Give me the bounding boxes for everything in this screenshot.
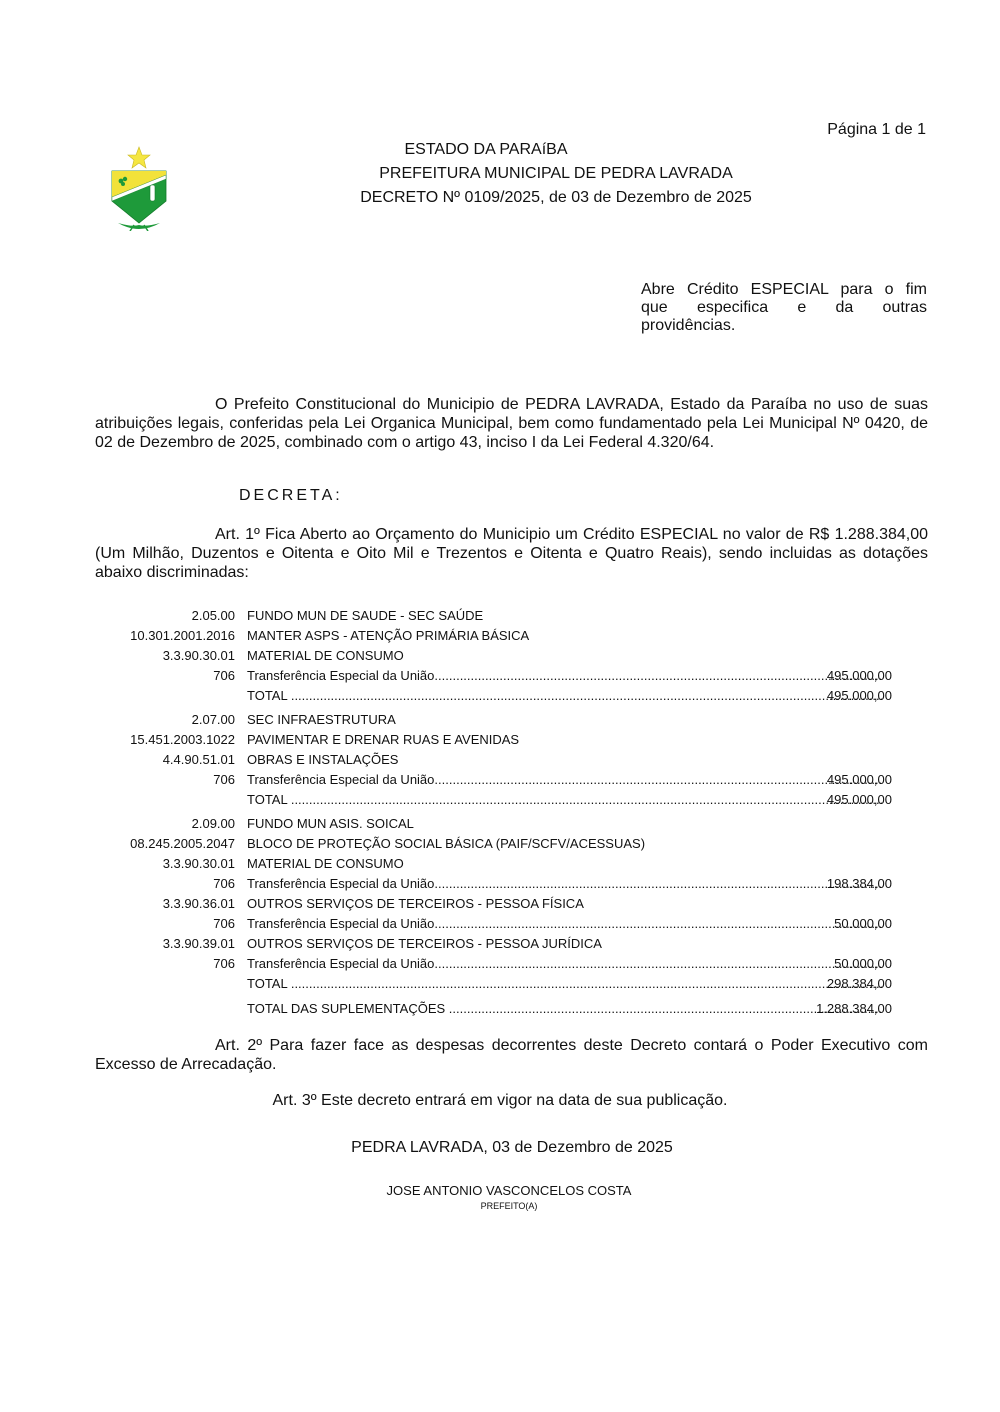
allocation-description: Transferência Especial da União.........… [247, 770, 883, 790]
allocation-value: 495.000,00 [827, 686, 892, 706]
allocation-heading: 10.301.2001.2016MANTER ASPS - ATENÇÃO PR… [95, 626, 915, 646]
allocation-value: 198.384,00 [827, 874, 892, 894]
allocation-description: MATERIAL DE CONSUMO [247, 854, 404, 874]
article-1: Art. 1º Fica Aberto ao Orçamento do Muni… [95, 525, 928, 582]
article-3: Art. 3º Este decreto entrará em vigor na… [0, 1092, 1000, 1110]
allocation-value: 495.000,00 [827, 666, 892, 686]
allocation-code: 3.3.90.39.01 [163, 934, 235, 954]
allocation-heading: 08.245.2005.2047BLOCO DE PROTEÇÃO SOCIAL… [95, 834, 915, 854]
allocation-code: 2.05.00 [192, 606, 235, 626]
allocation-description: Transferência Especial da União.........… [247, 666, 883, 686]
allocation-code: 15.451.2003.1022 [130, 730, 235, 750]
allocation-description: OUTROS SERVIÇOS DE TERCEIROS - PESSOA JU… [247, 934, 602, 954]
allocation-value: 298.384,00 [827, 974, 892, 994]
allocation-description: FUNDO MUN DE SAUDE - SEC SAÚDE [247, 606, 483, 626]
allocation-description: Transferência Especial da União.........… [247, 914, 883, 934]
allocation-description: OUTROS SERVIÇOS DE TERCEIROS - PESSOA FÍ… [247, 894, 584, 914]
allocation-heading: 3.3.90.30.01MATERIAL DE CONSUMO [95, 646, 915, 666]
allocation-code: 706 [213, 914, 235, 934]
signer-name: JOSE ANTONIO VASCONCELOS COSTA [0, 1183, 1000, 1198]
allocation-line: 706Transferência Especial da União......… [95, 770, 915, 790]
allocation-heading: 2.05.00FUNDO MUN DE SAUDE - SEC SAÚDE [95, 606, 915, 626]
allocation-code: 08.245.2005.2047 [130, 834, 235, 854]
allocation-description: Transferência Especial da União.........… [247, 954, 883, 974]
allocation-value: 50.000,00 [834, 954, 892, 974]
allocation-line: TOTAL ..................................… [95, 790, 915, 810]
allocation-description: OBRAS E INSTALAÇÕES [247, 750, 398, 770]
allocation-heading: 3.3.90.39.01OUTROS SERVIÇOS DE TERCEIROS… [95, 934, 915, 954]
article-1-text: Art. 1º Fica Aberto ao Orçamento do Muni… [95, 526, 928, 581]
allocation-code: 2.09.00 [192, 814, 235, 834]
allocation-code: 3.3.90.30.01 [163, 646, 235, 666]
decreta-heading: DECRETA: [239, 487, 343, 505]
ementa: Abre Crédito ESPECIAL para o fim que esp… [641, 281, 927, 335]
allocation-description: FUNDO MUN ASIS. SOICAL [247, 814, 414, 834]
decree-title: DECRETO Nº 0109/2025, de 03 de Dezembro … [56, 189, 1000, 207]
allocation-code: 10.301.2001.2016 [130, 626, 235, 646]
allocation-heading: 3.3.90.30.01MATERIAL DE CONSUMO [95, 854, 915, 874]
allocation-line: 706Transferência Especial da União......… [95, 954, 915, 974]
allocation-code: 3.3.90.30.01 [163, 854, 235, 874]
allocation-code: 706 [213, 954, 235, 974]
preamble-text: O Prefeito Constitucional do Municipio d… [95, 396, 928, 451]
allocation-code: 706 [213, 770, 235, 790]
allocation-description: TOTAL DAS SUPLEMENTAÇÕES ...............… [247, 999, 883, 1019]
allocation-heading: 2.07.00SEC INFRAESTRUTURA [95, 710, 915, 730]
allocation-description: TOTAL ..................................… [247, 790, 883, 810]
allocation-description: MANTER ASPS - ATENÇÃO PRIMÁRIA BÁSICA [247, 626, 529, 646]
allocation-line: TOTAL ..................................… [95, 974, 915, 994]
allocation-heading: 4.4.90.51.01OBRAS E INSTALAÇÕES [95, 750, 915, 770]
allocation-value: 495.000,00 [827, 790, 892, 810]
allocation-heading: 15.451.2003.1022PAVIMENTAR E DRENAR RUAS… [95, 730, 915, 750]
allocation-description: PAVIMENTAR E DRENAR RUAS E AVENIDAS [247, 730, 519, 750]
allocation-code: 2.07.00 [192, 710, 235, 730]
allocation-line: 706Transferência Especial da União......… [95, 666, 915, 686]
allocation-description: TOTAL ..................................… [247, 686, 883, 706]
allocation-code: 4.4.90.51.01 [163, 750, 235, 770]
allocation-value: 495.000,00 [827, 770, 892, 790]
allocation-description: SEC INFRAESTRUTURA [247, 710, 396, 730]
allocation-value: 50.000,00 [834, 914, 892, 934]
ementa-line: que especifica e da outras [641, 299, 927, 317]
state-heading: ESTADO DA PARAíBA [0, 141, 986, 159]
municipality-heading: PREFEITURA MUNICIPAL DE PEDRA LAVRADA [56, 165, 1000, 183]
allocations-table: 2.05.00FUNDO MUN DE SAUDE - SEC SAÚDE10.… [95, 606, 915, 1019]
allocation-heading: 2.09.00FUNDO MUN ASIS. SOICAL [95, 814, 915, 834]
allocation-code: 706 [213, 874, 235, 894]
allocation-value: 1.288.384,00 [816, 999, 892, 1019]
allocation-description: Transferência Especial da União.........… [247, 874, 883, 894]
allocation-line: TOTAL ..................................… [95, 686, 915, 706]
allocation-description: BLOCO DE PROTEÇÃO SOCIAL BÁSICA (PAIF/SC… [247, 834, 645, 854]
allocation-heading: 3.3.90.36.01OUTROS SERVIÇOS DE TERCEIROS… [95, 894, 915, 914]
place-date: PEDRA LAVRADA, 03 de Dezembro de 2025 [0, 1139, 1000, 1157]
allocation-line: 706Transferência Especial da União......… [95, 914, 915, 934]
ementa-line: Abre Crédito ESPECIAL para o fim [641, 281, 927, 299]
allocation-code: 706 [213, 666, 235, 686]
article-2-text: Art. 2º Para fazer face as despesas deco… [95, 1037, 928, 1073]
ementa-line: providências. [641, 317, 927, 335]
allocation-description: MATERIAL DE CONSUMO [247, 646, 404, 666]
preamble-paragraph: O Prefeito Constitucional do Municipio d… [95, 395, 928, 452]
allocation-line: 706Transferência Especial da União......… [95, 874, 915, 894]
article-2: Art. 2º Para fazer face as despesas deco… [95, 1036, 928, 1074]
allocation-code: 3.3.90.36.01 [163, 894, 235, 914]
allocation-description: TOTAL ..................................… [247, 974, 883, 994]
signer-role: PREFEITO(A) [0, 1201, 1000, 1211]
allocation-line: TOTAL DAS SUPLEMENTAÇÕES ...............… [95, 999, 915, 1019]
page-indicator: Página 1 de 1 [827, 121, 926, 139]
